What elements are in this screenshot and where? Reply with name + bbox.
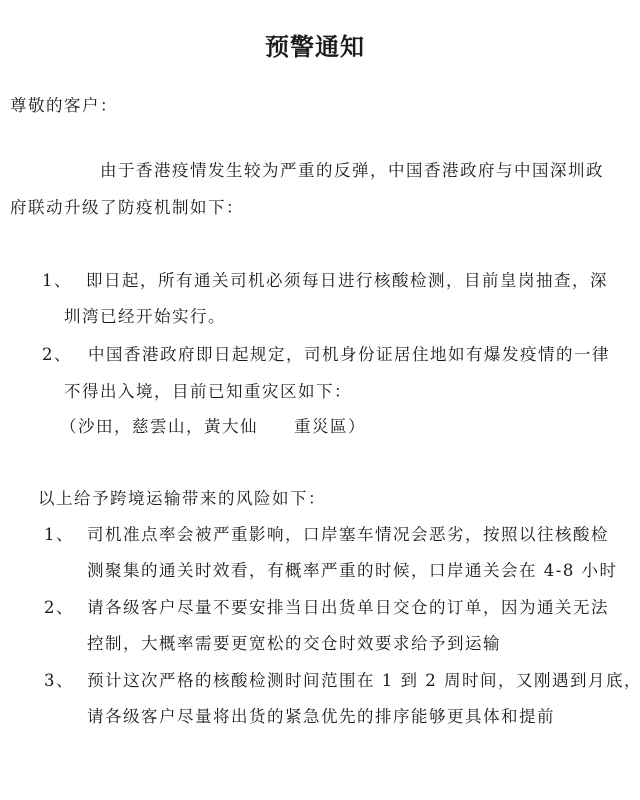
risk-1-line-1: 司机准点率会被严重影响，口岸塞车情况会恶劣，按照以往核酸检 [87,521,609,545]
risk-3-number: 3、 [44,667,74,691]
measure-1-number: 1、 [42,267,72,291]
intro-line-1: 由于香港疫情发生较为严重的反弹，中国香港政府与中国深圳政 [100,157,604,181]
measure-2-number: 2、 [42,341,72,365]
risk-2-number: 2、 [44,594,74,618]
intro-line-2: 府联动升级了防疫机制如下： [10,194,244,218]
affected-areas: （沙田，慈雲山，黃大仙 重災區） [60,413,366,437]
risk-2-line-2: 控制，大概率需要更宽松的交仓时效要求给予到运输 [87,630,501,654]
measure-1-line-2: 圳湾已经开始实行。 [64,303,226,327]
document-title: 预警通知 [0,27,640,62]
risk-1-number: 1、 [44,521,74,545]
risk-3-line-2: 请各级客户尽量将出货的紧急优先的排序能够更具体和提前 [87,703,555,727]
salutation: 尊敬的客户： [10,92,118,116]
risk-1-line-2: 测聚集的通关时效看，有概率严重的时候，口岸通关会在 4-8 小时 [87,557,618,581]
measure-2-line-1: 中国香港政府即日起规定，司机身份证居住地如有爆发疫情的一律 [88,341,610,365]
risk-heading: 以上给予跨境运输带来的风险如下： [38,485,326,509]
title-text: 预警通知 [265,27,365,62]
measure-1-line-1: 即日起，所有通关司机必须每日进行核酸检测，目前皇岗抽查，深 [86,267,608,291]
measure-2-line-2: 不得出入境，目前已知重灾区如下： [64,378,352,402]
risk-2-line-1: 请各级客户尽量不要安排当日出货单日交仓的订单，因为通关无法 [87,594,609,618]
risk-3-line-1: 预计这次严格的核酸检测时间范围在 1 到 2 周时间，又刚遇到月底， [87,667,640,691]
